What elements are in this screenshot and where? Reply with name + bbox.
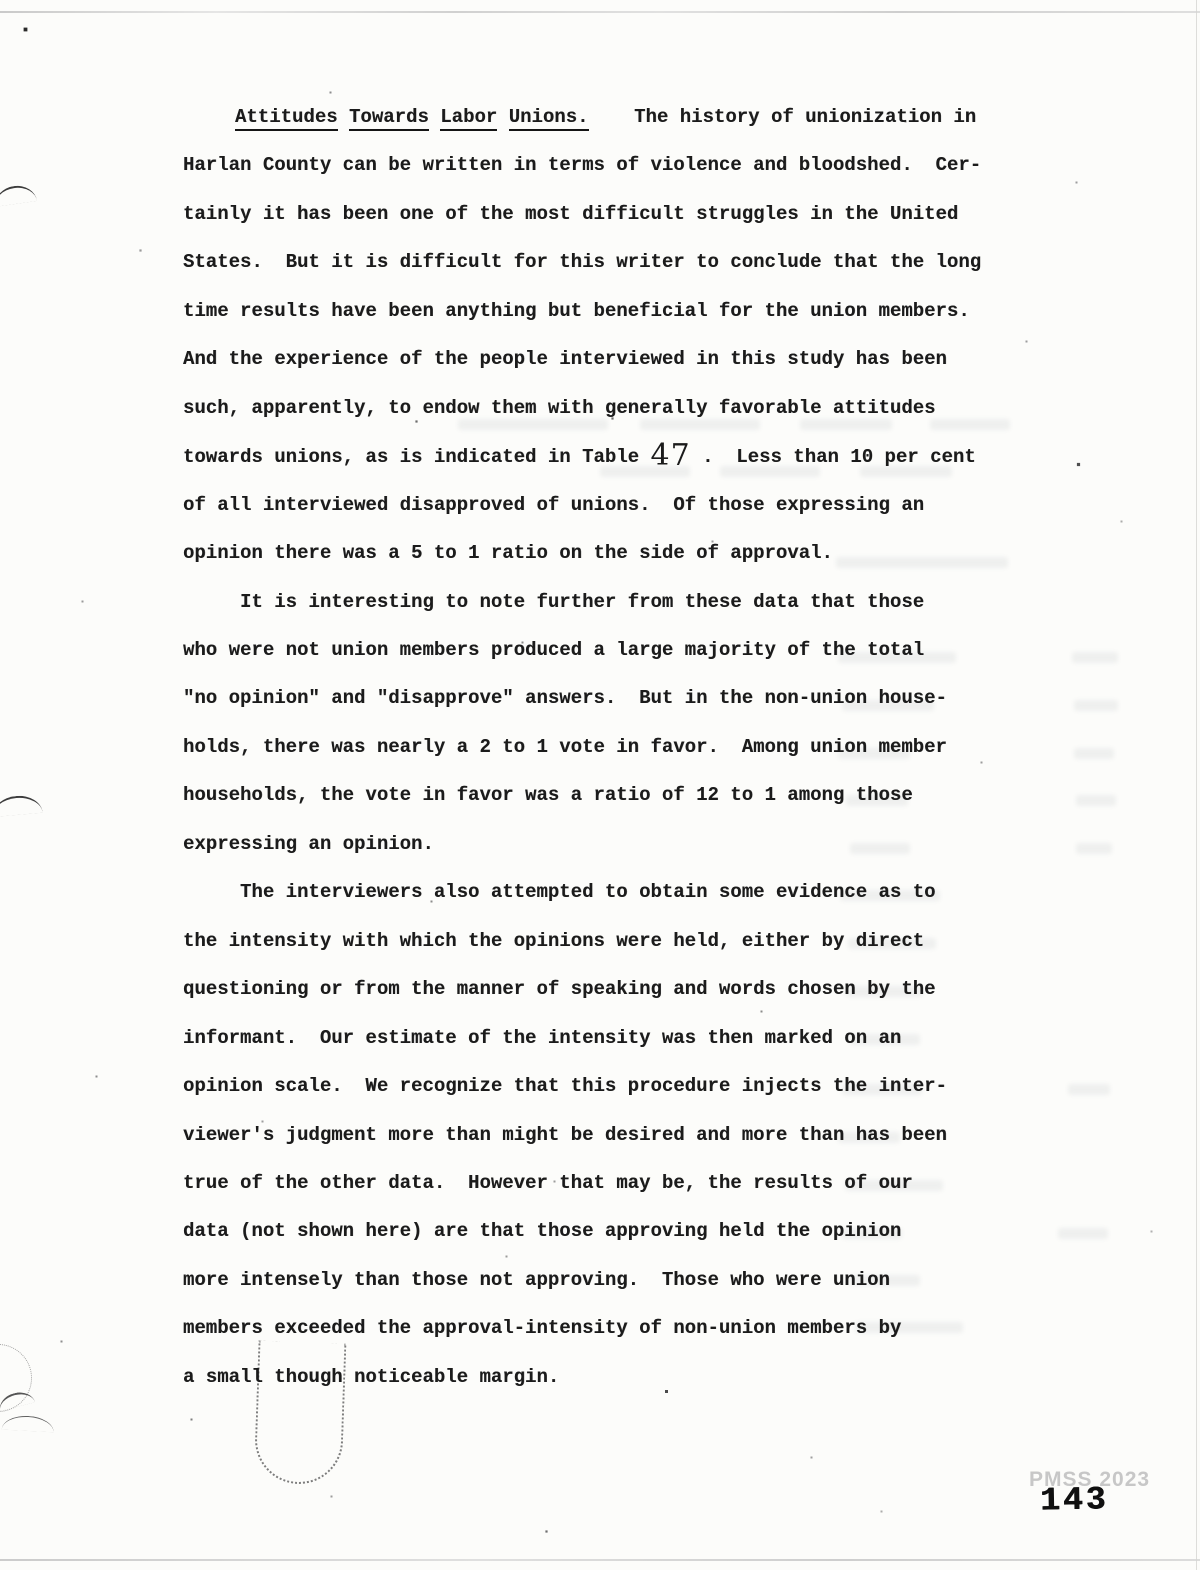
typed-line: data (not shown here) are that those app… <box>183 1207 1043 1255</box>
typed-line: expressing an opinion. <box>183 820 1043 868</box>
document-text: Attitudes Towards Labor Unions. The hist… <box>183 93 1043 1401</box>
pencil-arc-mark <box>0 183 37 207</box>
typed-line: the intensity with which the opinions we… <box>183 917 1043 965</box>
bleed-through-smudge <box>1074 700 1118 711</box>
section-heading-word: Towards <box>349 106 429 131</box>
page-number: 143 <box>1040 1481 1109 1519</box>
bleed-through-smudge <box>1076 843 1112 854</box>
typed-line: time results have been anything but bene… <box>183 287 1043 335</box>
typed-line: holds, there was nearly a 2 to 1 vote in… <box>183 723 1043 771</box>
bleed-through-smudge <box>1072 652 1118 663</box>
typed-line: towards unions, as is indicated in Table… <box>183 432 1043 480</box>
scan-edge-top <box>0 11 1200 13</box>
pencil-arc-mark <box>0 794 43 817</box>
typed-line: Attitudes Towards Labor Unions. The hist… <box>183 93 1043 141</box>
typed-line: more intensely than those not approving.… <box>183 1256 1043 1304</box>
bleed-through-smudge <box>1074 748 1114 759</box>
typed-line: a small though noticeable margin. <box>183 1353 1043 1401</box>
typed-line: Harlan County can be written in terms of… <box>183 141 1043 189</box>
bleed-through-smudge <box>1076 795 1116 806</box>
typed-text: towards unions, as is indicated in Table <box>183 446 650 468</box>
typed-line: such, apparently, to endow them with gen… <box>183 384 1043 432</box>
bleed-through-smudge <box>1058 1228 1108 1239</box>
typed-line: States. But it is difficult for this wri… <box>183 238 1043 286</box>
bleed-through-smudge <box>1068 1084 1110 1095</box>
typed-text: . Less than 10 per cent <box>691 446 976 468</box>
typed-line: opinion there was a 5 to 1 ratio on the … <box>183 529 1043 577</box>
typed-line: of all interviewed disapproved of unions… <box>183 481 1043 529</box>
section-heading-word: Unions. <box>509 106 589 131</box>
typed-line: "no opinion" and "disapprove" answers. B… <box>183 674 1043 722</box>
typed-line: And the experience of the people intervi… <box>183 335 1043 383</box>
typed-line: The interviewers also attempted to obtai… <box>183 868 1043 916</box>
typed-line: who were not union members produced a la… <box>183 626 1043 674</box>
table-number: 47 <box>650 438 690 473</box>
typed-line: questioning or from the manner of speaki… <box>183 965 1043 1013</box>
typed-line: households, the vote in favor was a rati… <box>183 771 1043 819</box>
scanned-typescript-page: Attitudes Towards Labor Unions. The hist… <box>0 0 1200 1570</box>
typed-line: informant. Our estimate of the intensity… <box>183 1014 1043 1062</box>
typed-line: members exceeded the approval-intensity … <box>183 1304 1043 1352</box>
section-heading-word: Labor <box>440 106 497 131</box>
typed-line: tainly it has been one of the most diffi… <box>183 190 1043 238</box>
typed-line: It is interesting to note further from t… <box>183 578 1043 626</box>
scan-edge-bottom <box>0 1559 1200 1561</box>
typed-line: opinion scale. We recognize that this pr… <box>183 1062 1043 1110</box>
typed-line: viewer's judgment more than might be des… <box>183 1111 1043 1159</box>
scan-edge-right <box>1196 0 1197 1570</box>
typed-line: true of the other data. However that may… <box>183 1159 1043 1207</box>
pencil-arc-mark <box>2 1415 55 1433</box>
section-heading-word: Attitudes <box>235 106 338 131</box>
scan-noise-specks <box>0 0 1 1</box>
